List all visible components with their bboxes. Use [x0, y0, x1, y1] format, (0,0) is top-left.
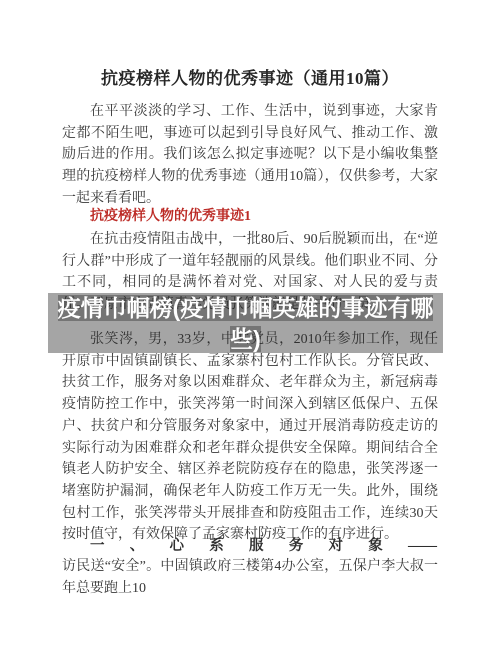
- section-subheading-char: 象: [368, 534, 383, 555]
- section-heading: 抗疫榜样人物的优秀事迹1: [62, 205, 438, 225]
- section-subheading-char: 对: [329, 534, 344, 555]
- section-subheading-char: 一: [90, 534, 105, 555]
- section-subheading-char: 、: [130, 534, 145, 555]
- body-paragraph-2: 张笑涔，男，33岁，中共党员，2010年参加工作，现任开原市中固镇副镇长、孟家寨…: [62, 329, 438, 546]
- section-subheading-char: 服: [249, 534, 264, 555]
- overlay-banner: 疫情巾帼榜(疫情巾帼英雄的事迹有哪些): [48, 293, 443, 353]
- overlay-banner-text: 疫情巾帼榜(疫情巾帼英雄的事迹有哪些): [58, 295, 434, 352]
- section-subheading: 一、心系服务对象——: [90, 534, 437, 555]
- section-subheading-char: 系: [209, 534, 224, 555]
- body-paragraph-3: 访民送“安全”。中固镇政府三楼第4办公室，五保户李大叔一年总要跑上10: [62, 556, 438, 599]
- intro-paragraph: 在平平淡淡的学习、工作、生活中，说到事迹，大家肯定都不陌生吧，事迹可以起到引导良…: [62, 101, 438, 210]
- section-subheading-char: 心: [170, 534, 185, 555]
- section-subheading-char: 务: [289, 534, 304, 555]
- page-title: 抗疫榜样人物的优秀事迹（通用10篇）: [0, 64, 500, 89]
- document-page: 抗疫榜样人物的优秀事迹（通用10篇） 在平平淡淡的学习、工作、生活中，说到事迹，…: [0, 0, 500, 647]
- section-subheading-char: ——: [408, 538, 437, 555]
